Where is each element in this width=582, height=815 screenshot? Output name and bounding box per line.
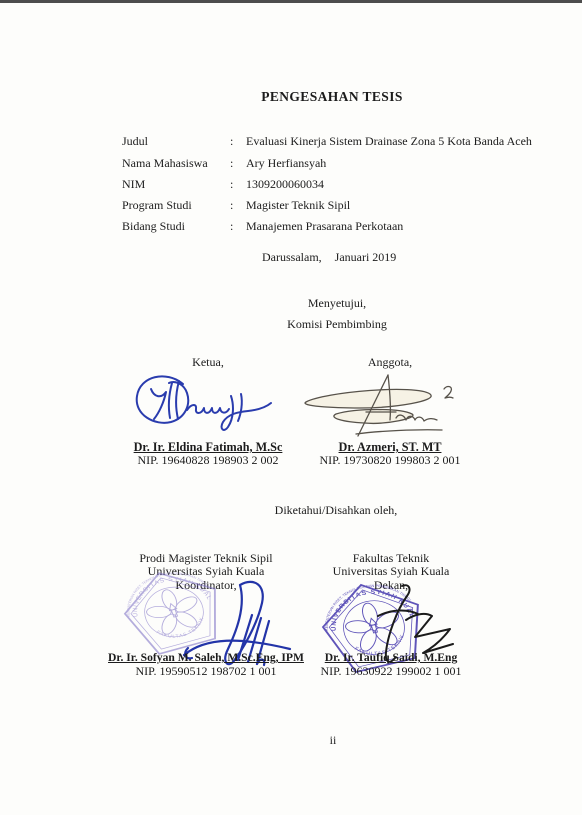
- endorsement-heading: Diketahui/Disahkan oleh,: [186, 503, 486, 517]
- scan-edge-artifact: [0, 0, 582, 3]
- field-label: NIM: [122, 177, 145, 191]
- dean-org1: Fakultas Teknik: [241, 551, 541, 565]
- dean-nip: NIP. 19630922 199002 1 001: [241, 664, 541, 678]
- field-separator: :: [230, 134, 233, 148]
- field-value: Evaluasi Kinerja Sistem Drainase Zona 5 …: [246, 134, 532, 148]
- signature-strokes: [137, 376, 271, 430]
- field-value: Ary Herfiansyah: [246, 156, 326, 170]
- member-role: Anggota,: [240, 355, 540, 369]
- field-label: Bidang Studi: [122, 219, 185, 233]
- field-separator: :: [230, 219, 233, 233]
- chair-signature-image: [128, 368, 276, 442]
- dateline: Darussalam,Januari 2019: [262, 250, 396, 264]
- field-separator: :: [230, 156, 233, 170]
- dateline-date: Januari 2019: [335, 250, 397, 264]
- field-label: Judul: [122, 134, 148, 148]
- page-title: PENGESAHAN TESIS: [182, 90, 482, 104]
- field-label: Program Studi: [122, 198, 192, 212]
- member-nip: NIP. 19730820 199803 2 001: [240, 453, 540, 467]
- signature-strokes: [305, 375, 453, 436]
- member-name: Dr. Azmeri, ST. MT: [240, 440, 540, 454]
- page-number: ii: [183, 733, 483, 747]
- member-signature-image: [298, 374, 458, 438]
- field-separator: :: [230, 198, 233, 212]
- field-separator: :: [230, 177, 233, 191]
- dateline-place: Darussalam,: [262, 250, 322, 264]
- field-value: 1309200060034: [246, 177, 324, 191]
- field-label: Nama Mahasiswa: [122, 156, 208, 170]
- approval-line1: Menyetujui,: [187, 296, 487, 310]
- field-value: Manajemen Prasarana Perkotaan: [246, 219, 403, 233]
- field-value: Magister Teknik Sipil: [246, 198, 350, 212]
- approval-line2: Komisi Pembimbing: [187, 317, 487, 331]
- dean-name: Dr. Ir. Taufiq Saidi, M.Eng: [241, 651, 541, 665]
- thesis-approval-page: PENGESAHAN TESIS Judul : Evaluasi Kinerj…: [0, 0, 582, 815]
